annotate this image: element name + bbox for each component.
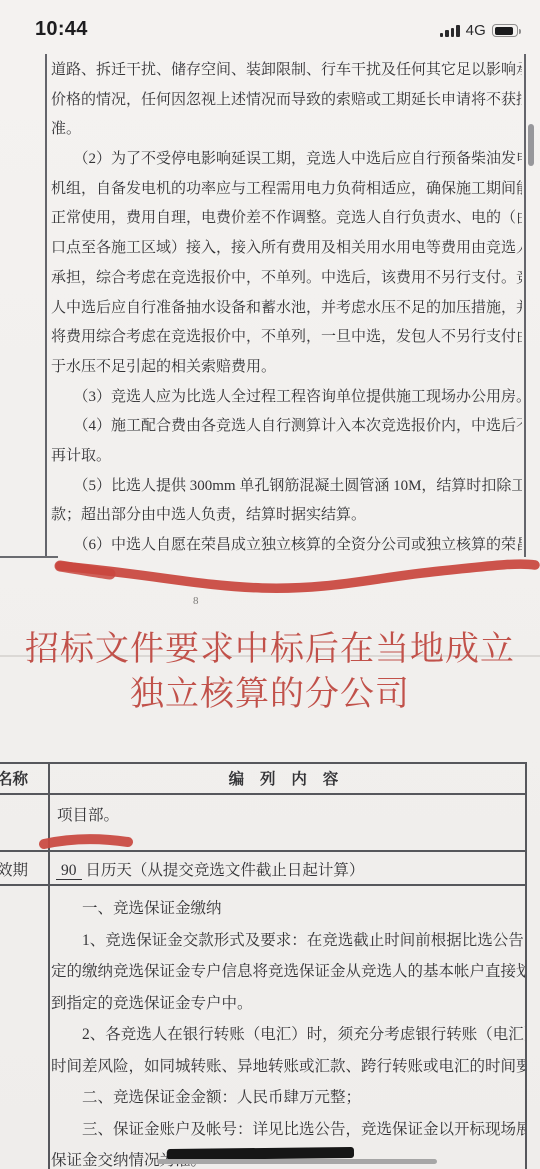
signal-bars-icon xyxy=(440,25,460,37)
clock-time: 10:44 xyxy=(35,18,88,41)
doc-line: 口点至各施工区域）接入，接入所有费用及相关用水用电等费用由竞选人 xyxy=(51,234,522,264)
deposit-line: 二、竞选保证金金额：人民币肆万元整； xyxy=(51,1082,525,1114)
doc-line: 正常使用，费用自理，电费价差不作调整。竞选人自行负责水、电的（由接 xyxy=(51,204,522,234)
table-cell-deposit: 一、竞选保证金缴纳 1、竞选保证金交款形式及要求：在竞选截止时间前根据比选公告中… xyxy=(51,893,525,1169)
table-cell-validity: 90 日历天（从提交竞选文件截止日起计算） xyxy=(56,855,521,887)
validity-days-text: 日历天（从提交竞选文件截止日起计算） xyxy=(82,862,365,879)
table-header-name: 名称 xyxy=(0,767,49,789)
status-bar: 10:44 4G xyxy=(0,0,540,54)
table-cell-project: 项目部。 xyxy=(57,800,517,832)
deposit-line: 时间差风险，如同城转账、异地转账或汇款、跨行转账或电汇的时间要求。 xyxy=(51,1051,525,1083)
doc-line: 于水压不足引起的相关索赔费用。 xyxy=(51,353,522,383)
page-number: 8 xyxy=(193,595,199,607)
doc-line: （4）施工配合费由各竞选人自行测算计入本次竞选报价内，中选后不 xyxy=(51,412,522,442)
table-header-content: 编 列 内 容 xyxy=(48,767,525,789)
table-border-top xyxy=(0,762,527,764)
doc-line: 道路、拆迁干扰、储存空间、装卸限制、行车干扰及任何其它足以影响承包 xyxy=(51,56,522,86)
doc-line: （6）中选人自愿在荣昌成立独立核算的全资分公司或独立核算的荣昌 xyxy=(51,531,522,557)
doc-line: （5）比选人提供 300mm 单孔钢筋混凝土圆管涵 10M，结算时扣除工程 xyxy=(51,472,522,502)
doc-line: 承担，综合考虑在竞选报价中，不单列。中选后，该费用不另行支付。竞选 xyxy=(51,264,522,294)
table-border-right xyxy=(525,762,527,1169)
status-bar-right: 4G xyxy=(440,22,518,39)
phone-screen: 10:44 4G 道路、拆迁干扰、储存空间、装卸限制、行车干扰及任何其它足以影响… xyxy=(0,0,540,1169)
red-marker-underline-icon xyxy=(0,548,540,612)
battery-icon xyxy=(492,24,518,37)
doc-line: 准。 xyxy=(51,115,522,145)
home-indicator[interactable] xyxy=(157,1159,437,1164)
deposit-line: 三、保证金账户及帐号：详见比选公告，竞选保证金以开标现场展示的 xyxy=(51,1114,525,1146)
doc-line: 机组，自备发电机的功率应与工程需用电力负荷相适应，确保施工期间能 xyxy=(51,175,522,205)
deposit-line: 1、竞选保证金交款形式及要求：在竞选截止时间前根据比选公告中指 xyxy=(51,925,525,957)
table-label-validity: 效期 xyxy=(0,855,49,887)
doc-line: 将费用综合考虑在竞选报价中，不单列，一旦中选，发包人不另行支付由 xyxy=(51,323,522,353)
table-column-divider xyxy=(48,762,50,1169)
table-border-header xyxy=(0,793,527,795)
red-marker-stroke-icon xyxy=(36,834,136,850)
annotation-line-1: 招标文件要求中标后在当地成立 xyxy=(0,627,540,672)
deposit-line: 一、竞选保证金缴纳 xyxy=(51,893,525,925)
deposit-line: 定的缴纳竞选保证金专户信息将竞选保证金从竞选人的基本帐户直接划转 xyxy=(51,956,525,988)
doc-line: （2）为了不受停电影响延误工期，竞选人中选后应自行预备柴油发电 xyxy=(51,145,522,175)
table-border-row1 xyxy=(0,850,527,852)
doc-line: 价格的情况，任何因忽视上述情况而导致的索赔或工期延长申请将不获批 xyxy=(51,86,522,116)
doc-line: 再计取。 xyxy=(51,442,522,472)
doc-line: （3）竞选人应为比选人全过程工程咨询单位提供施工现场办公用房。 xyxy=(51,383,522,413)
deposit-line: 到指定的竞选保证金专户中。 xyxy=(51,988,525,1020)
red-annotation-headline: 招标文件要求中标后在当地成立 独立核算的分公司 xyxy=(0,627,540,717)
doc-line: 人中选后应自行准备抽水设备和蓄水池，并考虑水压不足的加压措施，并 xyxy=(51,294,522,324)
page-bottom-border xyxy=(0,556,58,558)
network-type-label: 4G xyxy=(466,22,486,39)
scrollbar-thumb[interactable] xyxy=(528,124,534,166)
deposit-line: 2、各竞选人在银行转账（电汇）时，须充分考虑银行转账（电汇）的 xyxy=(51,1019,525,1051)
validity-days-number: 90 xyxy=(56,862,82,880)
doc-line: 款；超出部分由中选人负责，结算时据实结算。 xyxy=(51,501,522,531)
annotation-line-2: 独立核算的分公司 xyxy=(0,672,540,717)
document-page-top[interactable]: 道路、拆迁干扰、储存空间、装卸限制、行车干扰及任何其它足以影响承包 价格的情况，… xyxy=(45,54,526,557)
